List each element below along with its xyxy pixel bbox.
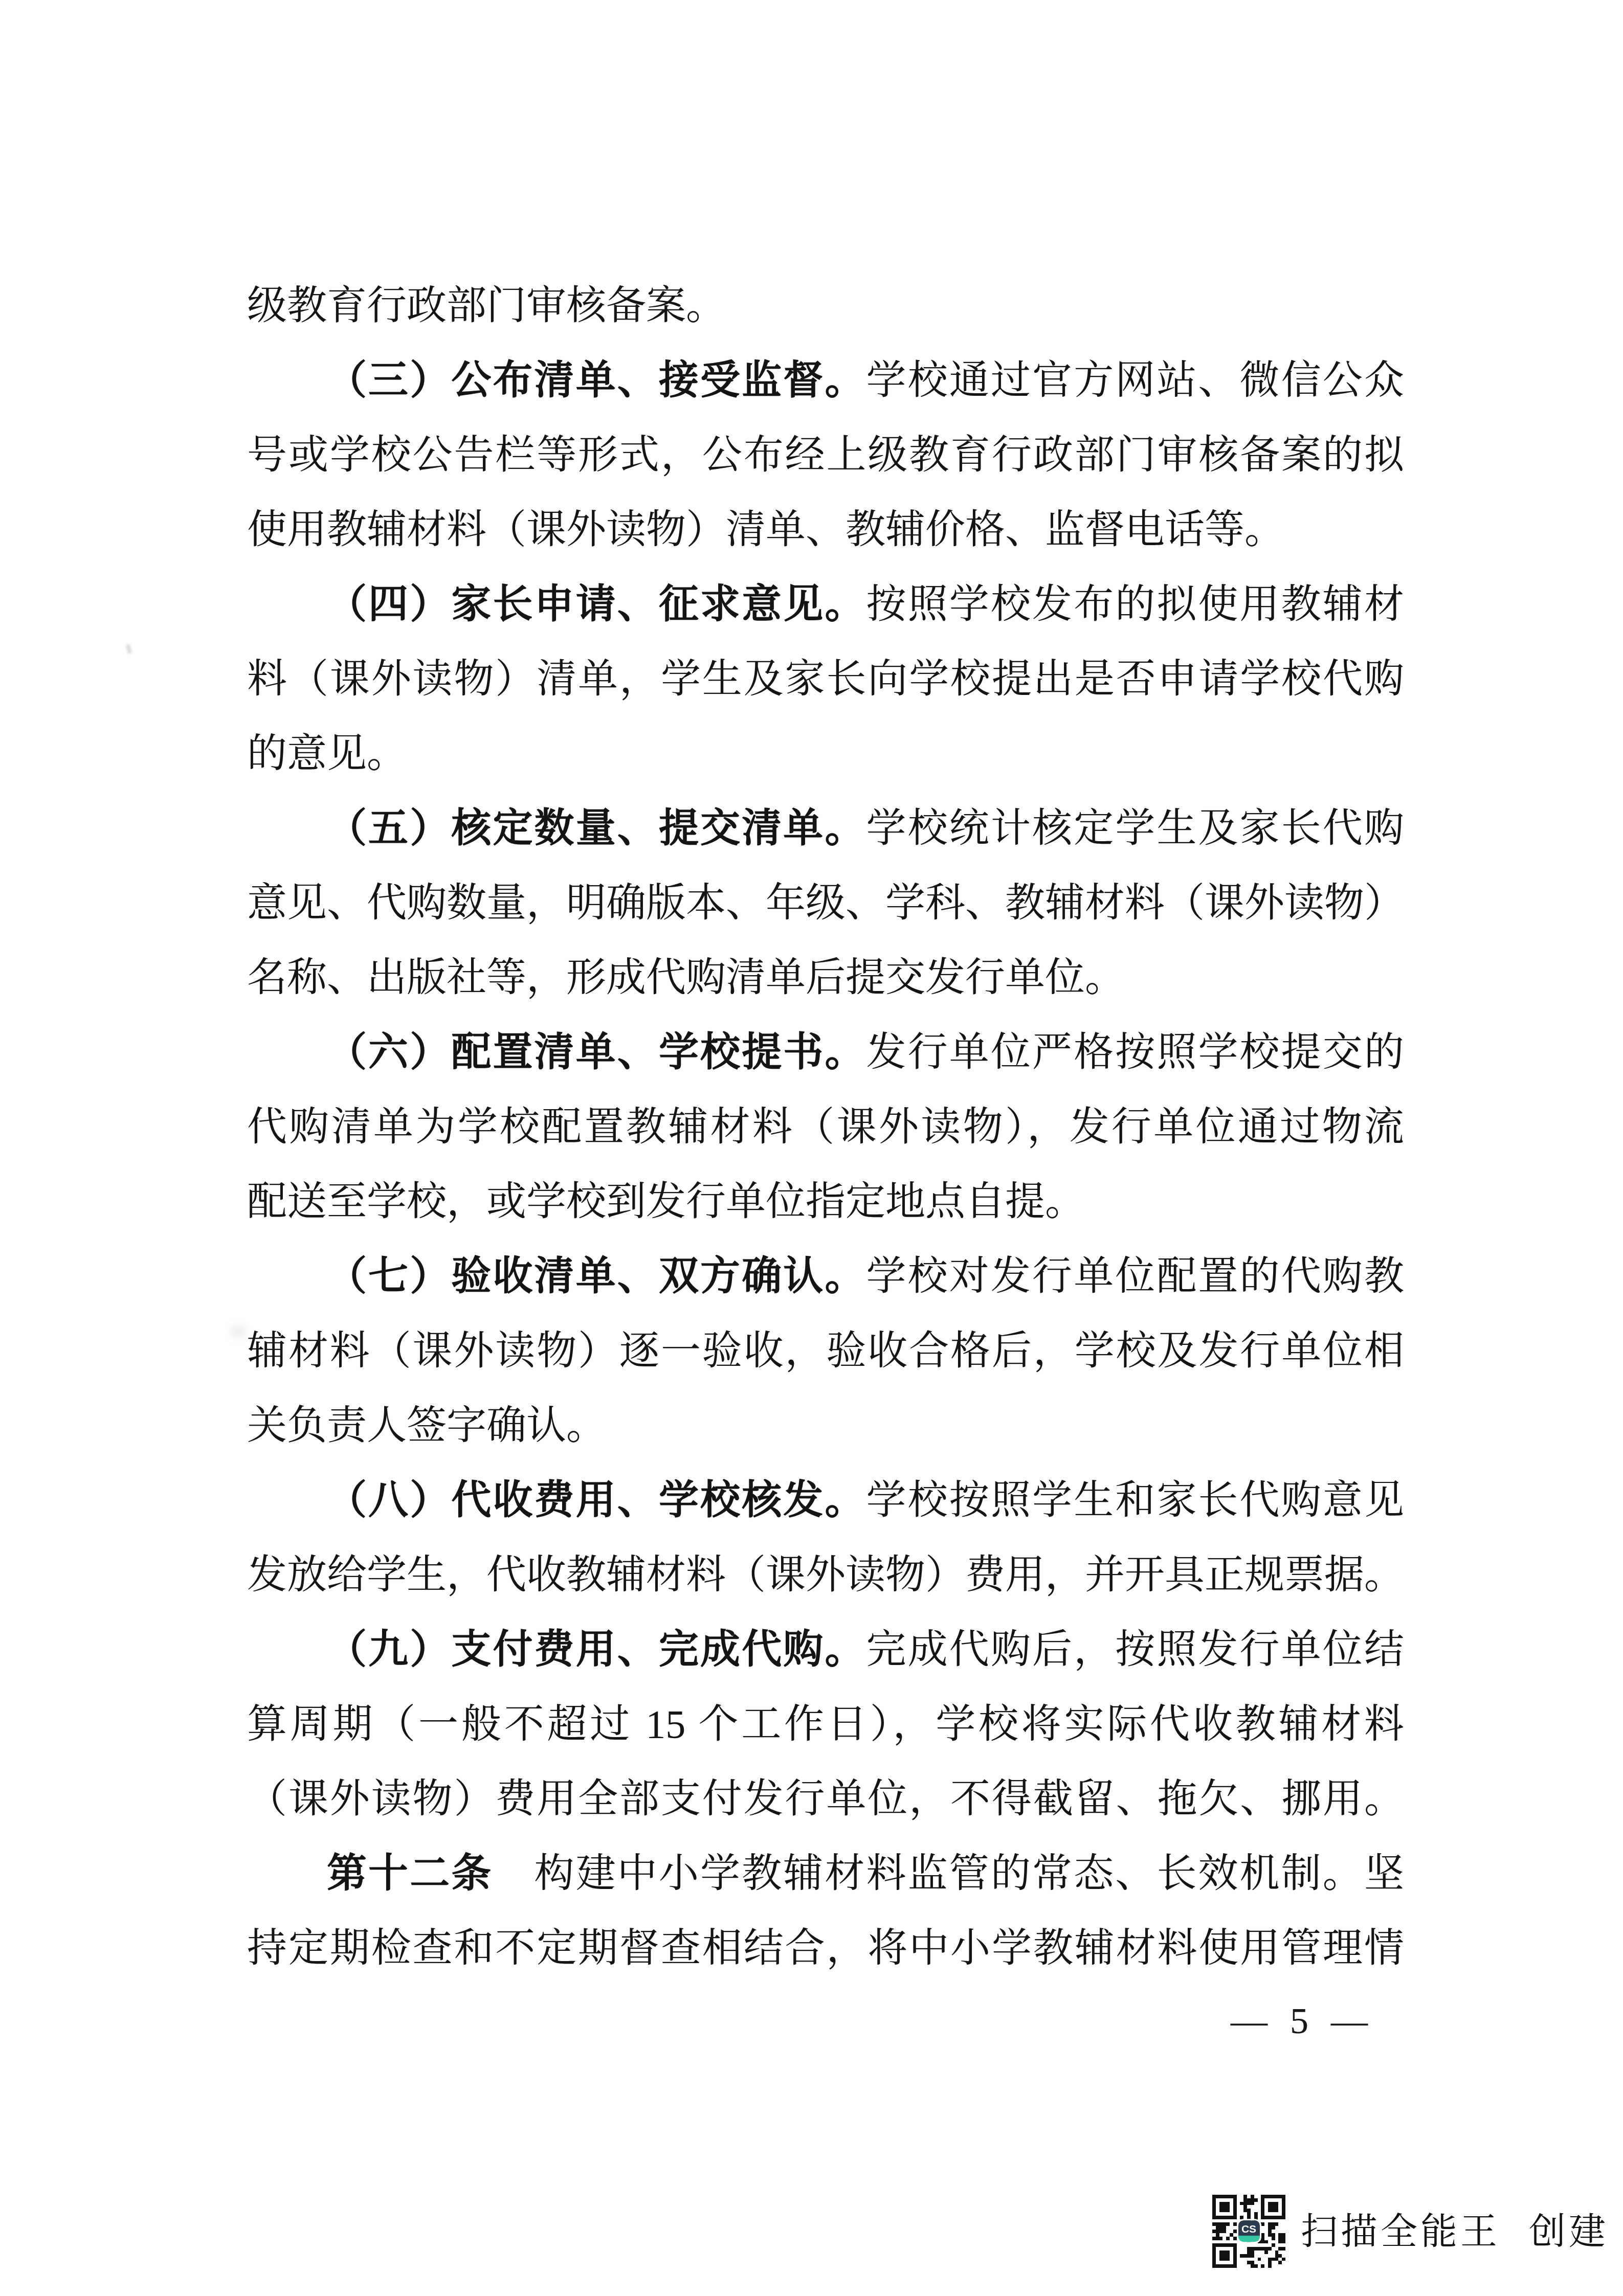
text-line: 发放给学生，代收教辅材料（课外读物）费用，并开具正规票据。 (247, 1537, 1404, 1612)
text-line: 的意见。 (247, 716, 1404, 791)
paragraph-heading: 第十二条 (327, 1851, 493, 1896)
paragraph-heading: （七）验收清单、双方确认。 (327, 1253, 866, 1298)
paragraph-heading: （五）核定数量、提交清单。 (327, 805, 866, 850)
text-line: 持定期检查和不定期督查相结合，将中小学教辅材料使用管理情 (247, 1910, 1404, 1985)
line-text: 学校统计核定学生及家长代购 (866, 806, 1404, 850)
line-text: 级教育行政部门审核备案。 (247, 283, 726, 328)
paragraph-heading: （三）公布清单、接受监督。 (327, 357, 866, 402)
scanned-page: 级教育行政部门审核备案。（三）公布清单、接受监督。学校通过官方网站、微信公众号或… (0, 0, 1623, 2296)
line-text: 意见、代购数量，明确版本、年级、学科、教辅材料（课外读物） (247, 881, 1404, 925)
line-text: 完成代购后，按照发行单位结 (866, 1627, 1404, 1672)
document-body: 级教育行政部门审核备案。（三）公布清单、接受监督。学校通过官方网站、微信公众号或… (247, 268, 1404, 1985)
text-line: 配送至学校，或学校到发行单位指定地点自提。 (247, 1164, 1404, 1239)
text-line: （三）公布清单、接受监督。学校通过官方网站、微信公众 (247, 343, 1404, 417)
scanner-caption: 扫描全能王 创建 (1301, 2210, 1609, 2253)
line-text: 关负责人签字确认。 (247, 1403, 606, 1448)
text-line: 号或学校公告栏等形式，公布经上级教育行政部门审核备案的拟 (247, 417, 1404, 492)
text-line: 意见、代购数量，明确版本、年级、学科、教辅材料（课外读物） (247, 865, 1404, 940)
qr-code: CS (1212, 2195, 1285, 2268)
line-text: 学校通过官方网站、微信公众 (866, 358, 1404, 402)
line-text: 名称、出版社等，形成代购清单后提交发行单位。 (247, 955, 1125, 1000)
text-line: （八）代收费用、学校核发。学校按照学生和家长代购意见 (247, 1462, 1404, 1537)
line-text: （课外读物）费用全部支付发行单位，不得截留、拖欠、挪用。 (247, 1776, 1404, 1821)
text-line: 料（课外读物）清单，学生及家长向学校提出是否申请学校代购 (247, 641, 1404, 716)
line-text: 学校对发行单位配置的代购教 (866, 1254, 1404, 1298)
paragraph-heading: （八）代收费用、学校核发。 (327, 1477, 866, 1522)
line-text: 构建中小学教辅材料监管的常态、长效机制。坚 (493, 1851, 1404, 1896)
paragraph-heading: （六）配置清单、学校提书。 (327, 1029, 866, 1074)
text-line: 辅材料（课外读物）逐一验收，验收合格后，学校及发行单位相 (247, 1313, 1404, 1388)
camscanner-logo-text: CS (1241, 2223, 1256, 2236)
text-line: （九）支付费用、完成代购。完成代购后，按照发行单位结 (247, 1612, 1404, 1686)
text-line: （六）配置清单、学校提书。发行单位严格按照学校提交的 (247, 1015, 1404, 1089)
line-text: 发放给学生，代收教辅材料（课外读物）费用，并开具正规票据。 (247, 1552, 1404, 1597)
scan-speck (231, 1325, 246, 1338)
paragraph-heading: （四）家长申请、征求意见。 (327, 581, 866, 626)
line-text: 的意见。 (247, 731, 407, 776)
text-line: 名称、出版社等，形成代购清单后提交发行单位。 (247, 940, 1404, 1015)
text-line: （四）家长申请、征求意见。按照学校发布的拟使用教辅材 (247, 567, 1404, 641)
line-text: 算周期（一般不超过 15 个工作日），学校将实际代收教辅材料 (247, 1702, 1404, 1746)
text-line: 代购清单为学校配置教辅材料（课外读物），发行单位通过物流 (247, 1089, 1404, 1164)
line-text: 持定期检查和不定期督查相结合，将中小学教辅材料使用管理情 (247, 1926, 1404, 1970)
paragraph-heading: （九）支付费用、完成代购。 (327, 1627, 866, 1672)
line-text: 辅材料（课外读物）逐一验收，验收合格后，学校及发行单位相 (247, 1329, 1404, 1373)
text-line: 算周期（一般不超过 15 个工作日），学校将实际代收教辅材料 (247, 1686, 1404, 1761)
camscanner-logo-icon: CS (1238, 2220, 1260, 2242)
text-line: 使用教辅材料（课外读物）清单、教辅价格、监督电话等。 (247, 492, 1404, 567)
line-text: 代购清单为学校配置教辅材料（课外读物），发行单位通过物流 (247, 1105, 1404, 1149)
line-text: 发行单位严格按照学校提交的 (866, 1030, 1404, 1074)
scan-speck (126, 644, 132, 654)
page-number: — 5 — (1231, 1995, 1371, 2046)
text-line: 关负责人签字确认。 (247, 1388, 1404, 1462)
text-line: 级教育行政部门审核备案。 (247, 268, 1404, 343)
text-line: 第十二条 构建中小学教辅材料监管的常态、长效机制。坚 (247, 1836, 1404, 1910)
line-text: 学校按照学生和家长代购意见 (866, 1478, 1404, 1522)
line-text: 使用教辅材料（课外读物）清单、教辅价格、监督电话等。 (247, 507, 1284, 552)
text-line: （五）核定数量、提交清单。学校统计核定学生及家长代购 (247, 791, 1404, 865)
line-text: 配送至学校，或学校到发行单位指定地点自提。 (247, 1179, 1085, 1224)
line-text: 料（课外读物）清单，学生及家长向学校提出是否申请学校代购 (247, 657, 1404, 701)
line-text: 按照学校发布的拟使用教辅材 (866, 582, 1404, 626)
text-line: （七）验收清单、双方确认。学校对发行单位配置的代购教 (247, 1239, 1404, 1313)
text-line: （课外读物）费用全部支付发行单位，不得截留、拖欠、挪用。 (247, 1761, 1404, 1836)
line-text: 号或学校公告栏等形式，公布经上级教育行政部门审核备案的拟 (247, 433, 1404, 477)
